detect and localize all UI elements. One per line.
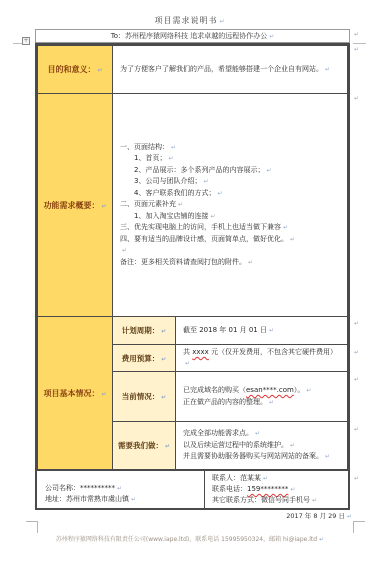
blank-line (120, 245, 343, 257)
feature-line: 1、首页； (120, 153, 343, 165)
row-end-mark (354, 376, 362, 383)
need-us-line: 以及后续运营过程中的系统维护。 (183, 440, 343, 452)
feature-line: 2、产品展示：多个系列产品的内容展示； (120, 165, 343, 177)
document-page: 项目需求说明书 + To：苏州程序猿网络科技 追求卓越的远程协作办公 目的和意义… (0, 0, 380, 570)
table-row: 功能需求概要： 一、页面结构： 1、首页； 2、产品展示：多个系列产品的内容展示… (38, 94, 348, 317)
plan-period-label-cell: 计划周期： (113, 317, 176, 345)
company-contact-row: 公司名称：********** 地址：苏州市常熟市虞山镇 联系人：范某某 联系电… (37, 470, 348, 508)
current-status-label-cell: 当前情况： (113, 372, 176, 422)
purpose-content-cell: 为了方便客户了解我们的产品，希望能够搭建一个企业自有网站。 (113, 46, 348, 94)
need-us-content-cell: 完成全部功能需求点。 以及后续运营过程中的系统维护。 并且需要协助服务器购买与网… (176, 422, 348, 470)
feature-line: 四、要有适当的品牌设计感，页面简单点，做好优化。 (120, 234, 343, 246)
contact-person: 联系人：范某某 (212, 473, 344, 484)
spellcheck-flagged-text: 159******** (247, 485, 288, 493)
table-row: 项目基本情况： 计划周期： 截至 2018 年 01 月 01 日 (38, 317, 348, 345)
need-us-label: 需要我们做： (118, 441, 170, 450)
spellcheck-flagged-text: esan****.com (246, 386, 294, 394)
features-label-cell: 功能需求概要： (38, 94, 113, 317)
current-status-label: 当前情况： (122, 392, 167, 401)
purpose-text: 为了方便客户了解我们的产品，希望能够搭建一个企业自有网站。 (120, 64, 343, 76)
purpose-label: 目的和意义： (47, 65, 102, 74)
budget-label-cell: 费用预算： (113, 345, 176, 372)
plan-period-content-cell: 截至 2018 年 01 月 01 日 (176, 317, 348, 345)
need-us-label-cell: 需要我们做： (113, 422, 176, 470)
margin-mark-bottom-right (353, 521, 365, 533)
row-end-mark (354, 426, 362, 433)
project-label-cell: 项目基本情况： (38, 317, 113, 470)
margin-mark-bottom-left (26, 521, 38, 533)
feature-line: 三、优先实现电脑上的访问，手机上也适当做下兼容 (120, 222, 343, 234)
budget-content-cell: 共 xxxx 元（仅开发费用，不包含其它硬件费用） (176, 345, 348, 372)
page-title: 项目需求说明书 (0, 15, 380, 26)
page-footer: 苏州程序猿网络科技有限责任公司(www.iape.ltd)，联系电话 15995… (0, 534, 380, 543)
current-status-content-cell: 已完成域名的购买（esan****.com）。 正在做产品的内容的整理。 (176, 372, 348, 422)
contact-other: 其它联系方式：微信号同手机号 (212, 495, 344, 506)
budget-text: 共 xxxx 元（仅开发费用，不包含其它硬件费用） (183, 347, 343, 369)
row-end-mark (354, 31, 362, 38)
feature-line: 一、页面结构： (120, 142, 343, 154)
table-row: 目的和意义： 为了方便客户了解我们的产品，希望能够搭建一个企业自有网站。 (38, 46, 348, 94)
plan-period-text: 截至 2018 年 01 月 01 日 (183, 325, 343, 337)
row-end-mark (354, 95, 362, 102)
spellcheck-flagged-text: xxxx (192, 348, 209, 356)
purpose-label-cell: 目的和意义： (38, 46, 113, 94)
feature-line: 备注：更多相关资料请查阅打包的附件。 (120, 257, 343, 269)
feature-line: 4、客户联系我们的方式； (120, 188, 343, 200)
plan-period-label: 计划周期： (122, 326, 167, 335)
feature-line: 1、加入淘宝店铺的连接 (120, 211, 343, 223)
margin-mark-top-right (353, 43, 366, 44)
current-status-line: 已完成域名的购买（esan****.com）。 (183, 385, 343, 397)
company-name: 公司名称：********** (45, 483, 200, 494)
row-end-mark (354, 320, 362, 327)
requirements-table: 目的和意义： 为了方便客户了解我们的产品，希望能够搭建一个企业自有网站。 功能需… (35, 43, 350, 510)
need-us-line: 并且需要协助服务器购买与网站网站的备案。 (183, 451, 343, 463)
current-status-line: 正在做产品的内容的整理。 (183, 397, 343, 409)
table-move-handle-icon[interactable]: + (22, 37, 30, 45)
to-banner: To：苏州程序猿网络科技 追求卓越的远程协作办公 (35, 29, 350, 43)
feature-line: 二、页面元素补充 (120, 199, 343, 211)
features-content-cell: 一、页面结构： 1、首页； 2、产品展示：多个系列产品的内容展示； 3、公司与团… (113, 94, 348, 317)
contact-phone: 联系电话：159******** (212, 484, 344, 495)
project-label: 项目基本情况： (43, 389, 106, 398)
to-line-text: To：苏州程序猿网络科技 追求卓越的远程协作办公 (111, 31, 275, 41)
features-label: 功能需求概要： (43, 201, 106, 210)
row-end-mark (354, 349, 362, 356)
contact-cell: 联系人：范某某 联系电话：159******** 其它联系方式：微信号同手机号 (205, 471, 348, 508)
row-end-mark (354, 46, 362, 53)
doc-date: 2017 年 8 月 29 日 (286, 511, 352, 520)
company-cell: 公司名称：********** 地址：苏州市常熟市虞山镇 (37, 471, 205, 508)
row-end-mark (354, 475, 362, 482)
budget-label: 费用预算： (122, 354, 167, 363)
company-address: 地址：苏州市常熟市虞山镇 (45, 494, 200, 505)
need-us-line: 完成全部功能需求点。 (183, 428, 343, 440)
feature-line: 3、公司与团队介绍； (120, 176, 343, 188)
